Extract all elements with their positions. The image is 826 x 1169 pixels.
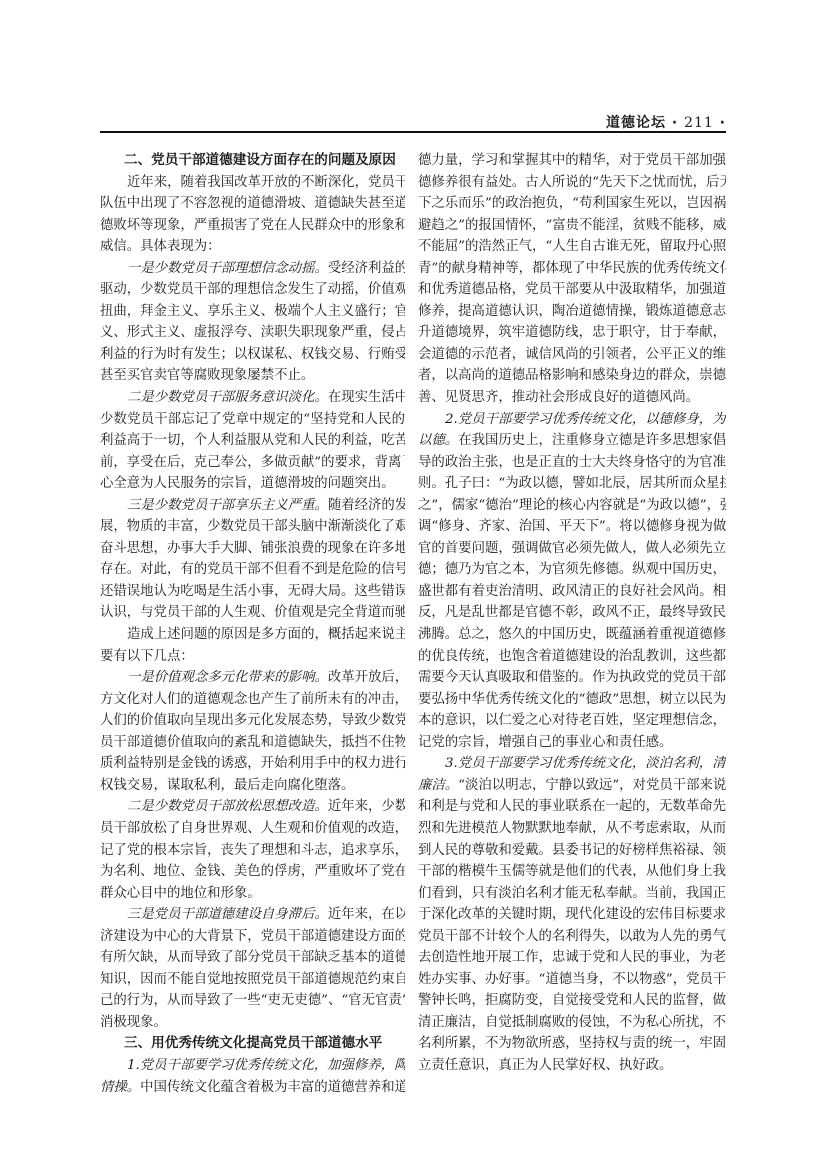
line-text: 党员干部不计较个人的名利得失，以敢为人先的勇气 [418,929,726,944]
text-line: 升道德境界，筑牢道德防线，忠于职守，甘于奉献，做社 [418,322,726,344]
text-line: 反，凡是乱世都是官德不彰，政风不正，最终导致民怨 [418,602,726,624]
left-column: 二、党员干部道德建设方面存在的问题及原因近年来，随着我国改革开放的不断深化，党员… [100,150,405,1098]
text-line: 者，以高尚的道德品格影响和感染身边的群众，崇德向 [418,365,726,387]
text-line: 姓办实事、办好事。“道德当身，不以物惑”，党员干部要 [418,969,726,991]
text-line: 到人民的尊敬和爱戴。县委书记的好榜样焦裕禄、领导 [418,840,726,862]
subheading-lead: 1.党员干部要学习优秀传统文化，加强修养，陶冶 [127,1058,405,1073]
line-text: 己的行为，从而导致了一些“吏无吏德”、“官无官责”的 [100,993,405,1008]
line-text: 和利是与党和人民的事业联系在一起的，无数革命先 [418,799,726,814]
line-text: 于深化改革的关键时期，现代化建设的宏伟目标要求 [418,907,726,922]
text-line: 德败坏等现象，严重损害了党在人民群众中的形象和 [100,215,405,237]
line-text: 和优秀道德品格，党员干部要从中汲取精华，加强道德 [418,282,726,297]
line-text: 升道德境界，筑牢道德防线，忠于职守，甘于奉献，做社 [418,325,726,340]
text-line: 和优秀道德品格，党员干部要从中汲取精华，加强道德 [418,279,726,301]
line-text: 近年来，少数党 [328,799,405,814]
line-text: 存在。对此，有的党员干部不但看不到是危险的信号， [100,562,405,577]
line-text: 随着经济的发 [328,498,405,513]
text-line: 济建设为中心的大背景下，党员干部道德建设方面的 [100,926,405,948]
page-number: 211 [684,115,714,131]
line-text: 中国传统文化蕴含着极为丰富的道德营养和道 [140,1080,405,1095]
text-line: 造成上述问题的原因是多方面的，概括起来说主 [100,624,405,646]
text-line: 奋斗思想，办事大手大脚、铺张浪费的现象在许多地方 [100,538,405,560]
line-text: 沸腾。总之，悠久的中国历史，既蕴涵着重视道德修养 [418,627,726,642]
line-text: 在我国历史上，注重修身立德是许多思想家倡 [458,433,726,448]
line-text: 义、形式主义、虚报浮夸、渎职失职现象严重，侵占群众 [100,325,405,340]
line-text: 者，以高尚的道德品格影响和感染身边的群众，崇德向 [418,368,726,383]
line-text: 不能屈”的浩然正气，“人生自古谁无死，留取丹心照汗 [418,239,726,254]
subheading-lead: 一是价值观念多元化带来的影响。 [127,670,328,685]
line-text: 修养，提高道德认识，陶冶道德情操，锻炼道德意志，提 [418,304,726,319]
text-line: 有所欠缺，从而导致了部分党员干部缺乏基本的道德 [100,947,405,969]
text-line: 烈和先进模范人物默默地奉献，从不考虑索取，从而受 [418,818,726,840]
line-text: 到人民的尊敬和爱戴。县委书记的好榜样焦裕禄、领导 [418,843,726,858]
text-line: 存在。对此，有的党员干部不但看不到是危险的信号， [100,559,405,581]
line-text: 要有以下几点： [100,649,194,664]
line-text: 为名利、地位、金钱、美色的俘虏，严重败坏了党在人民 [100,864,405,879]
subheading-lead: 二是少数党员干部服务意识淡化。 [127,390,328,405]
text-line: 三是党员干部道德建设自身滞后。近年来，在以经 [100,904,405,926]
text-line: 前，享受在后，克己奉公，多做贡献”的要求，背离了全 [100,452,405,474]
line-text: 权钱交易，谋取私利，最后走向腐化堕落。 [100,778,354,793]
line-text: 会道德的示范者，诚信风尚的引领者，公平正义的维护 [418,347,726,362]
text-line: 导的政治主张，也是正直的士大夫终身恪守的为官准 [418,452,726,474]
line-text: 受经济利益的 [328,261,405,276]
subheading-lead: 二是少数党员干部放松思想改造。 [127,799,328,814]
text-line: 会道德的示范者，诚信风尚的引领者，公平正义的维护 [418,344,726,366]
line-text: 还错误地认为吃喝是生活小事，无碍大局。这些错误 [100,584,405,599]
text-line: 记了党的根本宗旨，丧失了理想和斗志，追求享乐，成 [100,840,405,862]
text-line: 要有以下几点： [100,646,405,668]
line-text: 展，物质的丰富，少数党员干部头脑中渐渐淡化了艰苦 [100,519,405,534]
line-text: 调“修身、齐家、治国、平天下”。将以德修身视为做人为 [418,519,726,534]
line-text: 本的意识，以仁爱之心对待老百姓，坚定理想信念，牢 [418,713,726,728]
text-line: 队伍中出现了不容忽视的道德滑坡、道德缺失甚至道 [100,193,405,215]
text-line: 沸腾。总之，悠久的中国历史，既蕴涵着重视道德修养 [418,624,726,646]
text-line: 知识，因而不能自觉地按照党员干部道德规范约束自 [100,969,405,991]
line-text: 名利所累，不为物欲所惑，坚持权与责的统一，牢固树 [418,1036,726,1051]
text-line: 员干部道德价值取向的紊乱和道德缺失，抵挡不住物 [100,732,405,754]
section-heading: 二、党员干部道德建设方面存在的问题及原因 [100,150,405,172]
line-text: 清正廉洁，自觉抵制腐败的侵蚀，不为私心所扰，不为 [418,1015,726,1030]
line-text: 利益的行为时有发生；以权谋私、权钱交易、行贿受贿 [100,347,405,362]
text-line: 群众心目中的地位和形象。 [100,883,405,905]
line-text: 员干部道德价值取向的紊乱和道德缺失，抵挡不住物 [100,735,405,750]
text-line: 德修养很有益处。古人所说的“先天下之忧而忧，后天 [418,172,726,194]
line-text: 则。孔子曰：“为政以德，譬如北辰，居其所而众星拱 [418,476,726,491]
subheading-lead: 三是少数党员干部享乐主义严重。 [127,498,328,513]
text-line: 一是少数党员干部理想信念动摇。受经济利益的 [100,258,405,280]
text-line: 下之乐而乐”的政治抱负，“苟利国家生死以，岂因祸福 [418,193,726,215]
line-text: 在现实生活中， [328,390,405,405]
line-text: 认识，与党员干部的人生观、价值观是完全背道而驰的。 [100,605,405,620]
text-line: 认识，与党员干部的人生观、价值观是完全背道而驰的。 [100,602,405,624]
line-text: 济建设为中心的大背景下，党员干部道德建设方面的 [100,929,405,944]
line-text: 德力量，学习和掌握其中的精华，对于党员干部加强道 [418,153,726,168]
text-line: 三是少数党员干部享乐主义严重。随着经济的发 [100,495,405,517]
line-text: 驱动，少数党员干部的理想信念发生了动摇，价值观念 [100,282,405,297]
line-text: 群众心目中的地位和形象。 [100,886,261,901]
line-text: 人们的价值取向呈现出多元化发展态势，导致少数党 [100,713,405,728]
text-line: 一是价值观念多元化带来的影响。改革开放后，西 [100,667,405,689]
line-text: 方文化对人们的道德观念也产生了前所未有的冲击， [100,692,405,707]
text-line: 本的意识，以仁爱之心对待老百姓，坚定理想信念，牢 [418,710,726,732]
subheading-lead: 2.党员干部要学习优秀传统文化，以德修身，为政 [445,412,726,427]
line-text: 的优良传统，也饱含着道德建设的治乱教训，这些都是 [418,649,726,664]
line-text: 改革开放后，西 [328,670,405,685]
line-text: 利益高于一切，个人利益服从党和人民的利益，吃苦在 [100,433,405,448]
line-text: 队伍中出现了不容忽视的道德滑坡、道德缺失甚至道 [100,196,405,211]
text-line: 立责任意识，真正为人民掌好权、执好政。 [418,1055,726,1077]
line-text: 甚至买官卖官等腐败现象屡禁不止。 [100,368,314,383]
text-line: 质利益特别是金钱的诱惑，开始利用手中的权力进行 [100,753,405,775]
subheading-lead: 以德。 [418,433,458,448]
text-line: 己的行为，从而导致了一些“吏无吏德”、“官无官责”的 [100,990,405,1012]
text-line: 青”的献身精神等，都体现了中华民族的优秀传统文化 [418,258,726,280]
section-heading: 三、用优秀传统文化提高党员干部道德水平 [100,1033,405,1055]
subheading-lead: 一是少数党员干部理想信念动摇。 [127,261,328,276]
text-line: 二是少数党员干部服务意识淡化。在现实生活中， [100,387,405,409]
header-section: 道德论坛 [606,115,666,131]
text-line: 展，物质的丰富，少数党员干部头脑中渐渐淡化了艰苦 [100,516,405,538]
line-text: 青”的献身精神等，都体现了中华民族的优秀传统文化 [418,261,726,276]
header-text: 道德论坛 · 211 · [606,112,726,132]
text-line: 扭曲，拜金主义、享乐主义、极端个人主义盛行；官僚主 [100,301,405,323]
line-text: 三、用优秀传统文化提高党员干部道德水平 [124,1035,382,1051]
line-text: 反，凡是乱世都是官德不彰，政风不正，最终导致民怨 [418,605,726,620]
line-text: 德修养很有益处。古人所说的“先天下之忧而忧，后天 [418,175,726,190]
line-text: 员干部放松了自身世界观、人生观和价值观的改造，忘 [100,821,405,836]
text-line: 干部的楷模牛玉儒等就是他们的代表，从他们身上我 [418,861,726,883]
text-line: 1.党员干部要学习优秀传统文化，加强修养，陶冶 [100,1055,405,1077]
text-line: 的优良传统，也饱含着道德建设的治乱教训，这些都是 [418,646,726,668]
line-text: 知识，因而不能自觉地按照党员干部道德规范约束自 [100,972,405,987]
line-text: 下之乐而乐”的政治抱负，“苟利国家生死以，岂因祸福 [418,196,726,211]
text-line: 驱动，少数党员干部的理想信念发生了动摇，价值观念 [100,279,405,301]
line-text: 盛世都有着吏治清明、政风清正的良好社会风尚。相 [418,584,726,599]
text-line: 近年来，随着我国改革开放的不断深化，党员干部 [100,172,405,194]
text-line: 义、形式主义、虚报浮夸、渎职失职现象严重，侵占群众 [100,322,405,344]
line-text: 避趋之”的报国情怀，“富贵不能淫，贫贱不能移，威武 [418,218,726,233]
text-line: 2.党员干部要学习优秀传统文化，以德修身，为政 [418,409,726,431]
line-text: 们看到，只有淡泊名利才能无私奉献。当前，我国正处 [418,886,726,901]
line-text: 官的首要问题，强调做官必须先做人，做人必须先立 [418,541,726,556]
text-line: 于深化改革的关键时期，现代化建设的宏伟目标要求 [418,904,726,926]
text-line: 权钱交易，谋取私利，最后走向腐化堕落。 [100,775,405,797]
text-line: 警钟长鸣，拒腐防变，自觉接受党和人民的监督，做到 [418,990,726,1012]
line-text: 近年来，在以经 [328,907,405,922]
line-text: 近年来，随着我国改革开放的不断深化，党员干部 [127,175,405,190]
line-text: 质利益特别是金钱的诱惑，开始利用手中的权力进行 [100,756,405,771]
subheading-lead: 廉洁。 [418,778,458,793]
right-column: 德力量，学习和掌握其中的精华，对于党员干部加强道德修养很有益处。古人所说的“先天… [418,150,726,1077]
text-line: 要弘扬中华优秀传统文化的“德政”思想，树立以民为 [418,689,726,711]
line-text: 德；德乃为官之本，为官须先修德。纵观中国历史，凡是 [418,562,726,577]
line-text: 需要今天认真吸取和借鉴的。作为执政党的党员干部， [418,670,726,685]
line-text: 记党的宗旨，增强自己的事业心和责任感。 [418,735,672,750]
text-line: 人们的价值取向呈现出多元化发展态势，导致少数党 [100,710,405,732]
line-text: 干部的楷模牛玉儒等就是他们的代表，从他们身上我 [418,864,726,879]
text-line: 需要今天认真吸取和借鉴的。作为执政党的党员干部， [418,667,726,689]
text-line: 官的首要问题，强调做官必须先做人，做人必须先立 [418,538,726,560]
text-line: 3.党员干部要学习优秀传统文化，淡泊名利，清正 [418,753,726,775]
header-rule [100,131,726,133]
line-text: 消极现象。 [100,1015,167,1030]
line-text: 善、见贤思齐，推动社会形成良好的道德风尚。 [418,390,699,405]
text-line: 还错误地认为吃喝是生活小事，无碍大局。这些错误 [100,581,405,603]
text-line: 利益的行为时有发生；以权谋私、权钱交易、行贿受贿 [100,344,405,366]
running-header: 道德论坛 · 211 · [100,112,726,132]
text-line: 之”，儒家“德治”理论的核心内容就是“为政以德”，强 [418,495,726,517]
text-line: 清正廉洁，自觉抵制腐败的侵蚀，不为私心所扰，不为 [418,1012,726,1034]
text-line: 以德。在我国历史上，注重修身立德是许多思想家倡 [418,430,726,452]
line-text: 导的政治主张，也是正直的士大夫终身恪守的为官准 [418,455,726,470]
text-line: 少数党员干部忘记了党章中规定的“坚持党和人民的 [100,409,405,431]
text-line: 德力量，学习和掌握其中的精华，对于党员干部加强道 [418,150,726,172]
line-text: 造成上述问题的原因是多方面的，概括起来说主 [127,627,405,642]
line-text: 去创造性地开展工作，忠诚于党和人民的事业，为老百 [418,950,726,965]
line-text: 威信。具体表现为： [100,239,221,254]
text-line: 不能屈”的浩然正气，“人生自古谁无死，留取丹心照汗 [418,236,726,258]
text-line: 方文化对人们的道德观念也产生了前所未有的冲击， [100,689,405,711]
line-text: 心全意为人民服务的宗旨，道德滑坡的问题突出。 [100,476,395,491]
line-text: 姓办实事、办好事。“道德当身，不以物惑”，党员干部要 [418,972,726,987]
text-line: 去创造性地开展工作，忠诚于党和人民的事业，为老百 [418,947,726,969]
line-text: 记了党的根本宗旨，丧失了理想和斗志，追求享乐，成 [100,843,405,858]
text-line: 为名利、地位、金钱、美色的俘虏，严重败坏了党在人民 [100,861,405,883]
text-line: 廉洁。“淡泊以明志，宁静以致远”，对党员干部来说，名 [418,775,726,797]
text-line: 党员干部不计较个人的名利得失，以敢为人先的勇气 [418,926,726,948]
line-text: 奋斗思想，办事大手大脚、铺张浪费的现象在许多地方 [100,541,405,556]
text-line: 员干部放松了自身世界观、人生观和价值观的改造，忘 [100,818,405,840]
text-line: 和利是与党和人民的事业联系在一起的，无数革命先 [418,796,726,818]
text-line: 甚至买官卖官等腐败现象屡禁不止。 [100,365,405,387]
line-text: 前，享受在后，克己奉公，多做贡献”的要求，背离了全 [100,455,405,470]
line-text: 立责任意识，真正为人民掌好权、执好政。 [418,1058,672,1073]
line-text: 之”，儒家“德治”理论的核心内容就是“为政以德”，强 [418,498,726,513]
subheading-lead: 3.党员干部要学习优秀传统文化，淡泊名利，清正 [445,756,726,771]
line-text: 德败坏等现象，严重损害了党在人民群众中的形象和 [100,218,405,233]
text-line: 避趋之”的报国情怀，“富贵不能淫，贫贱不能移，威武 [418,215,726,237]
subheading-lead: 三是党员干部道德建设自身滞后。 [127,907,328,922]
subheading-lead: 情操。 [100,1080,140,1095]
line-text: 扭曲，拜金主义、享乐主义、极端个人主义盛行；官僚主 [100,304,405,319]
text-line: 二是少数党员干部放松思想改造。近年来，少数党 [100,796,405,818]
line-text: 警钟长鸣，拒腐防变，自觉接受党和人民的监督，做到 [418,993,726,1008]
line-text: 烈和先进模范人物默默地奉献，从不考虑索取，从而受 [418,821,726,836]
text-line: 情操。中国传统文化蕴含着极为丰富的道德营养和道 [100,1077,405,1099]
text-line: 名利所累，不为物欲所惑，坚持权与责的统一，牢固树 [418,1033,726,1055]
text-line: 消极现象。 [100,1012,405,1034]
text-line: 盛世都有着吏治清明、政风清正的良好社会风尚。相 [418,581,726,603]
line-text: “淡泊以明志，宁静以致远”，对党员干部来说，名 [458,778,726,793]
text-line: 记党的宗旨，增强自己的事业心和责任感。 [418,732,726,754]
text-line: 修养，提高道德认识，陶冶道德情操，锻炼道德意志，提 [418,301,726,323]
text-line: 善、见贤思齐，推动社会形成良好的道德风尚。 [418,387,726,409]
text-line: 威信。具体表现为： [100,236,405,258]
text-line: 利益高于一切，个人利益服从党和人民的利益，吃苦在 [100,430,405,452]
line-text: 二、党员干部道德建设方面存在的问题及原因 [124,152,396,168]
text-line: 德；德乃为官之本，为官须先修德。纵观中国历史，凡是 [418,559,726,581]
text-line: 调“修身、齐家、治国、平天下”。将以德修身视为做人为 [418,516,726,538]
line-text: 少数党员干部忘记了党章中规定的“坚持党和人民的 [100,412,405,427]
text-line: 则。孔子曰：“为政以德，譬如北辰，居其所而众星拱 [418,473,726,495]
text-line: 们看到，只有淡泊名利才能无私奉献。当前，我国正处 [418,883,726,905]
text-line: 心全意为人民服务的宗旨，道德滑坡的问题突出。 [100,473,405,495]
line-text: 要弘扬中华优秀传统文化的“德政”思想，树立以民为 [418,692,726,707]
line-text: 有所欠缺，从而导致了部分党员干部缺乏基本的道德 [100,950,405,965]
